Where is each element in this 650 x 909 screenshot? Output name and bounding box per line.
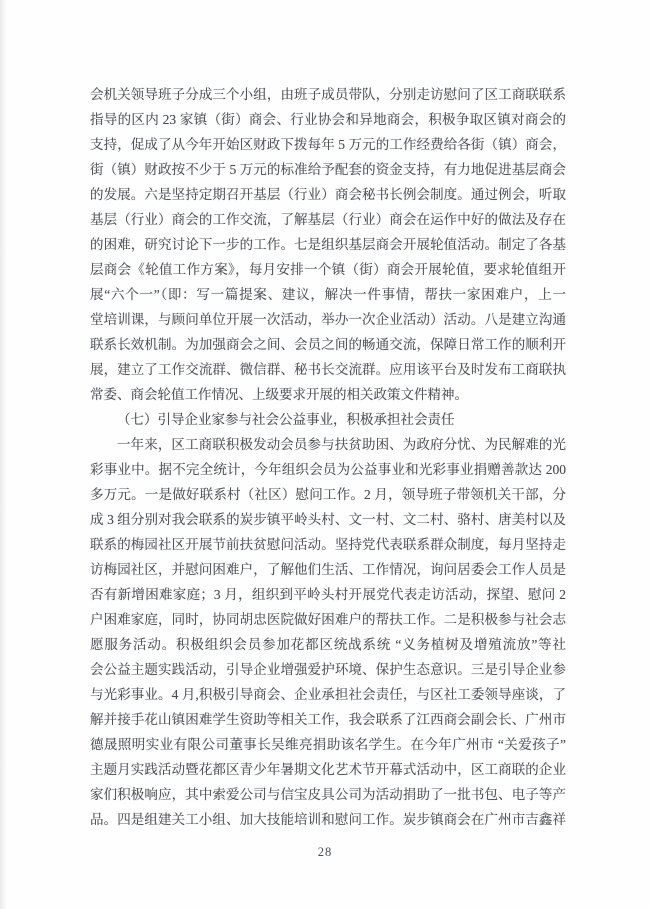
text-line: 德晟照明实业有限公司董事长吴维亮捐助该名学生。在今年广州市 “关爱孩子” <box>90 732 566 757</box>
text-line: 成 3 组分别对我会联系的炭步镇平岭头村、文一村、文二村、骆村、唐美村以及 <box>90 507 566 532</box>
scan-edge-shadow <box>0 0 7 909</box>
text-line: 展“六个一”（即：写一篇提案、建议，解决一件事情，帮扶一家困难户，上一 <box>90 282 566 307</box>
text-line: 联系长效机制。为加强商会之间、会员之间的畅通交流，保障日常工作的顺利开 <box>90 332 566 357</box>
text-line: 层商会《轮值工作方案》，每月安排一个镇（街）商会开展轮值，要求轮值组开 <box>90 257 566 282</box>
text-line: 常委、商会轮值工作情况、上级要求开展的相关政策文件精神。 <box>90 382 566 407</box>
text-line: 支持，促成了从今年开始区财政下拨每年 5 万元的工作经费给各街（镇）商会， <box>90 132 566 157</box>
text-line: 基层（行业）商会的工作交流，了解基层（行业）商会在运作中好的做法及存在 <box>90 207 566 232</box>
text-line: 与光彩事业。4 月,积极引导商会、企业承担社会责任，与区社工委领导座谈，了 <box>90 682 566 707</box>
text-line: 户困难家庭，同时，协同胡忠医院做好困难户的帮扶工作。二是积极参与社会志 <box>90 607 566 632</box>
text-line: 访梅园社区，并慰问困难户，了解他们生活、工作情况，询问居委会工作人员是 <box>90 557 566 582</box>
document-page: 会机关领导班子分成三个小组，由班子成员带队，分别走访慰问了区工商联联系指导的区内… <box>0 0 650 909</box>
document-body: 会机关领导班子分成三个小组，由班子成员带队，分别走访慰问了区工商联联系指导的区内… <box>90 82 566 832</box>
text-line: 展，建立了工作交流群、微信群、秘书长交流群。应用该平台及时发布工商联执 <box>90 357 566 382</box>
section-heading: （七）引导企业家参与社会公益事业，积极承担社会责任 <box>90 407 566 432</box>
text-line: 堂培训课，与顾问单位开展一次活动，举办一次企业活动）活动。八是建立沟通 <box>90 307 566 332</box>
text-line: 解并接手花山镇困难学生资助等相关工作，我会联系了江西商会副会长、广州市 <box>90 707 566 732</box>
page-number: 28 <box>0 845 650 860</box>
text-line: 的发展。六是坚持定期召开基层（行业）商会秘书长例会制度。通过例会，听取 <box>90 182 566 207</box>
text-line: 联系的梅园社区开展节前扶贫慰问活动。坚持党代表联系群众制度，每月坚持走 <box>90 532 566 557</box>
text-line: 的困难，研究讨论下一步的工作。七是组织基层商会开展轮值活动。制定了各基 <box>90 232 566 257</box>
text-line: 彩事业中。据不完全统计，今年组织会员为公益事业和光彩事业捐赠善款达 200 <box>90 457 566 482</box>
text-line: 否有新增困难家庭；3 月，组织到平岭头村开展党代表走访活动，探望、慰问 2 <box>90 582 566 607</box>
text-line: 品。四是组建关工小组、加大技能培训和慰问工作。炭步镇商会在广州市吉鑫祥 <box>90 807 566 832</box>
text-line: 多万元。一是做好联系村（社区）慰问工作。2 月，领导班子带领机关干部，分 <box>90 482 566 507</box>
text-line: 指导的区内 23 家镇（街）商会、行业协会和异地商会，积极争取区镇对商会的 <box>90 107 566 132</box>
text-line: 一年来，区工商联积极发动会员参与扶贫助困、为政府分忧、为民解难的光 <box>90 432 566 457</box>
text-line: 主题月实践活动暨花都区青少年暑期文化艺术节开幕式活动中，区工商联的企业 <box>90 757 566 782</box>
text-line: 家们积极响应，其中索爱公司与信宝皮具公司为活动捐助了一批书包、电子等产 <box>90 782 566 807</box>
text-line: 会机关领导班子分成三个小组，由班子成员带队，分别走访慰问了区工商联联系 <box>90 82 566 107</box>
text-line: 街（镇）财政按不少于 5 万元的标准给予配套的资金支持，有力地促进基层商会 <box>90 157 566 182</box>
text-line: 愿服务活动。积极组织会员参加花都区统战系统 “义务植树及增殖流放”等社 <box>90 632 566 657</box>
text-line: 会公益主题实践活动，引导企业增强爱护环境、保护生态意识。三是引导企业参 <box>90 657 566 682</box>
